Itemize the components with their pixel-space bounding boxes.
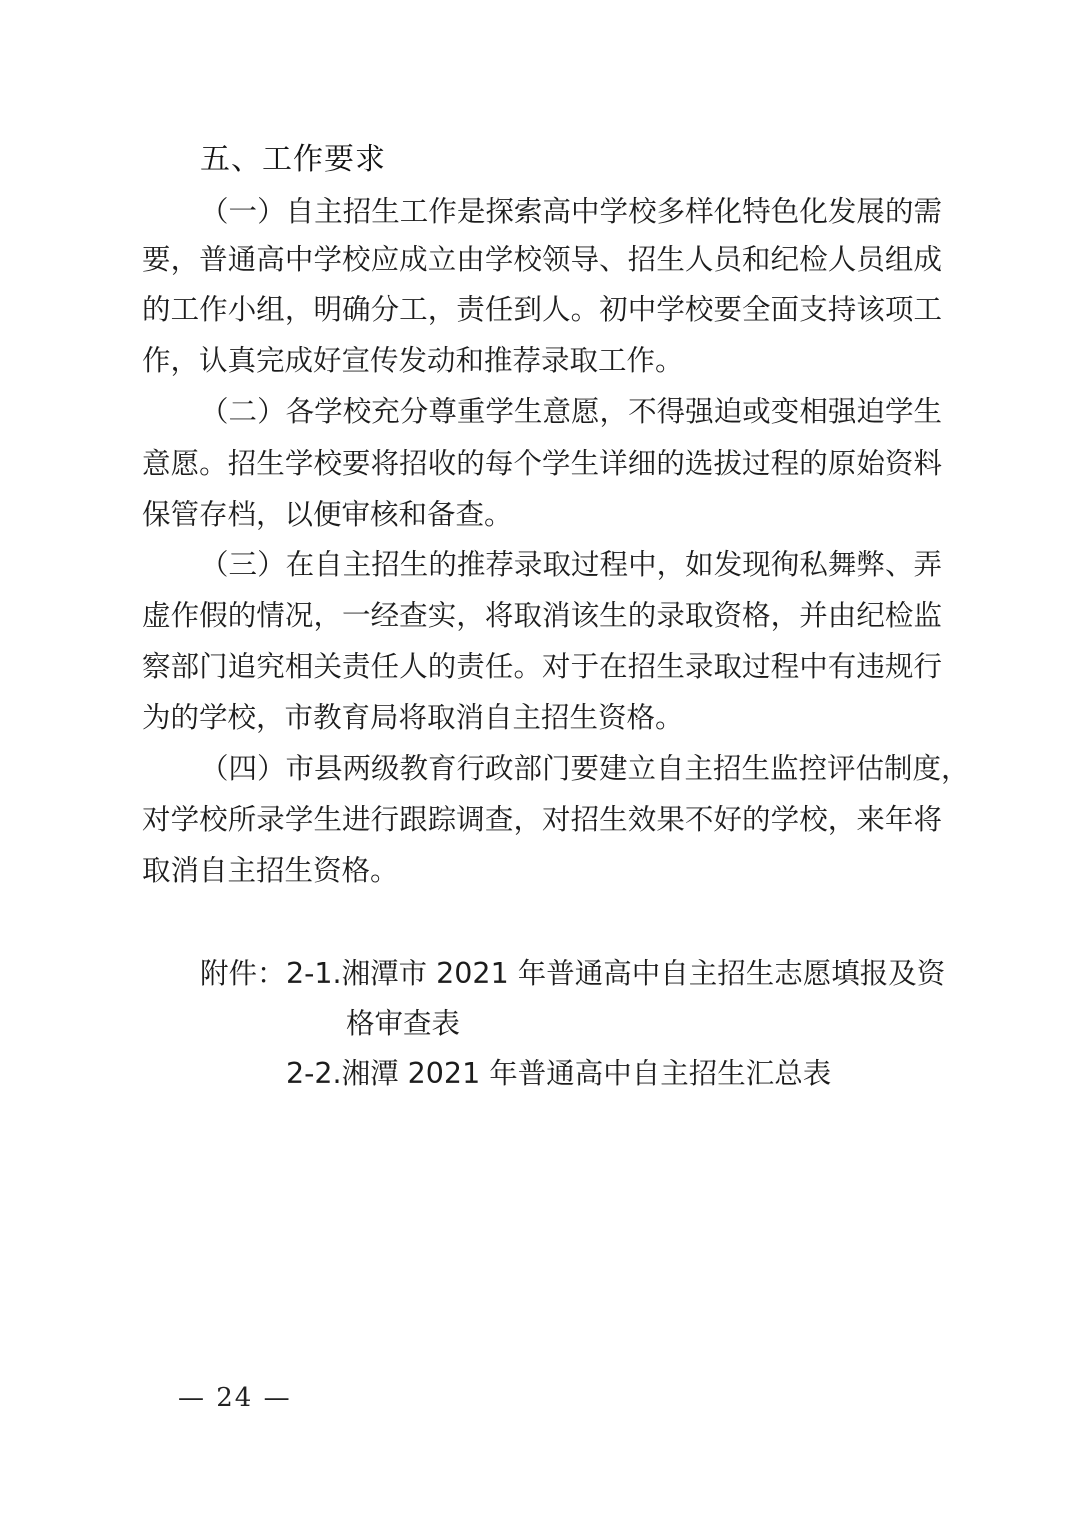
paragraph-line: 作，认真完成好宣传发动和推荐录取工作。: [142, 341, 942, 381]
paragraph-line: 察部门追究相关责任人的责任。对于在招生录取过程中有违规行: [142, 647, 942, 687]
page-number: — 24 —: [178, 1381, 292, 1415]
paragraph-line: 取消自主招生资格。: [142, 851, 942, 891]
paragraph-line: （四）市县两级教育行政部门要建立自主招生监控评估制度，: [200, 749, 942, 789]
attachment-item-2: 2-2.湘潭 2021 年普通高中自主招生汇总表: [286, 1054, 831, 1094]
attachment-item-1: 2-1.湘潭市 2021 年普通高中自主招生志愿填报及资: [286, 954, 945, 994]
document-page: 五、工作要求 （一）自主招生工作是探索高中学校多样化特色化发展的需 要，普通高中…: [0, 0, 1080, 1527]
paragraph-line: 保管存档，以便审核和备查。: [142, 495, 942, 535]
attachment-item-1-continuation: 格审查表: [346, 1004, 460, 1044]
paragraph-line: 为的学校，市教育局将取消自主招生资格。: [142, 698, 942, 738]
attachments-label: 附件：: [200, 954, 286, 994]
paragraph-line: （二）各学校充分尊重学生意愿，不得强迫或变相强迫学生: [200, 392, 942, 432]
paragraph-line: 意愿。招生学校要将招收的每个学生详细的选拔过程的原始资料: [142, 444, 942, 484]
paragraph-line: 要，普通高中学校应成立由学校领导、招生人员和纪检人员组成: [142, 240, 942, 280]
paragraph-line: （三）在自主招生的推荐录取过程中，如发现徇私舞弊、弄: [200, 545, 942, 585]
paragraph-line: 虚作假的情况，一经查实，将取消该生的录取资格，并由纪检监: [142, 596, 942, 636]
paragraph-line: 对学校所录学生进行跟踪调查，对招生效果不好的学校，来年将: [142, 800, 942, 840]
paragraph-line: 的工作小组，明确分工，责任到人。初中学校要全面支持该项工: [142, 290, 942, 330]
paragraph-line: （一）自主招生工作是探索高中学校多样化特色化发展的需: [200, 192, 942, 232]
section-heading: 五、工作要求: [200, 140, 386, 180]
